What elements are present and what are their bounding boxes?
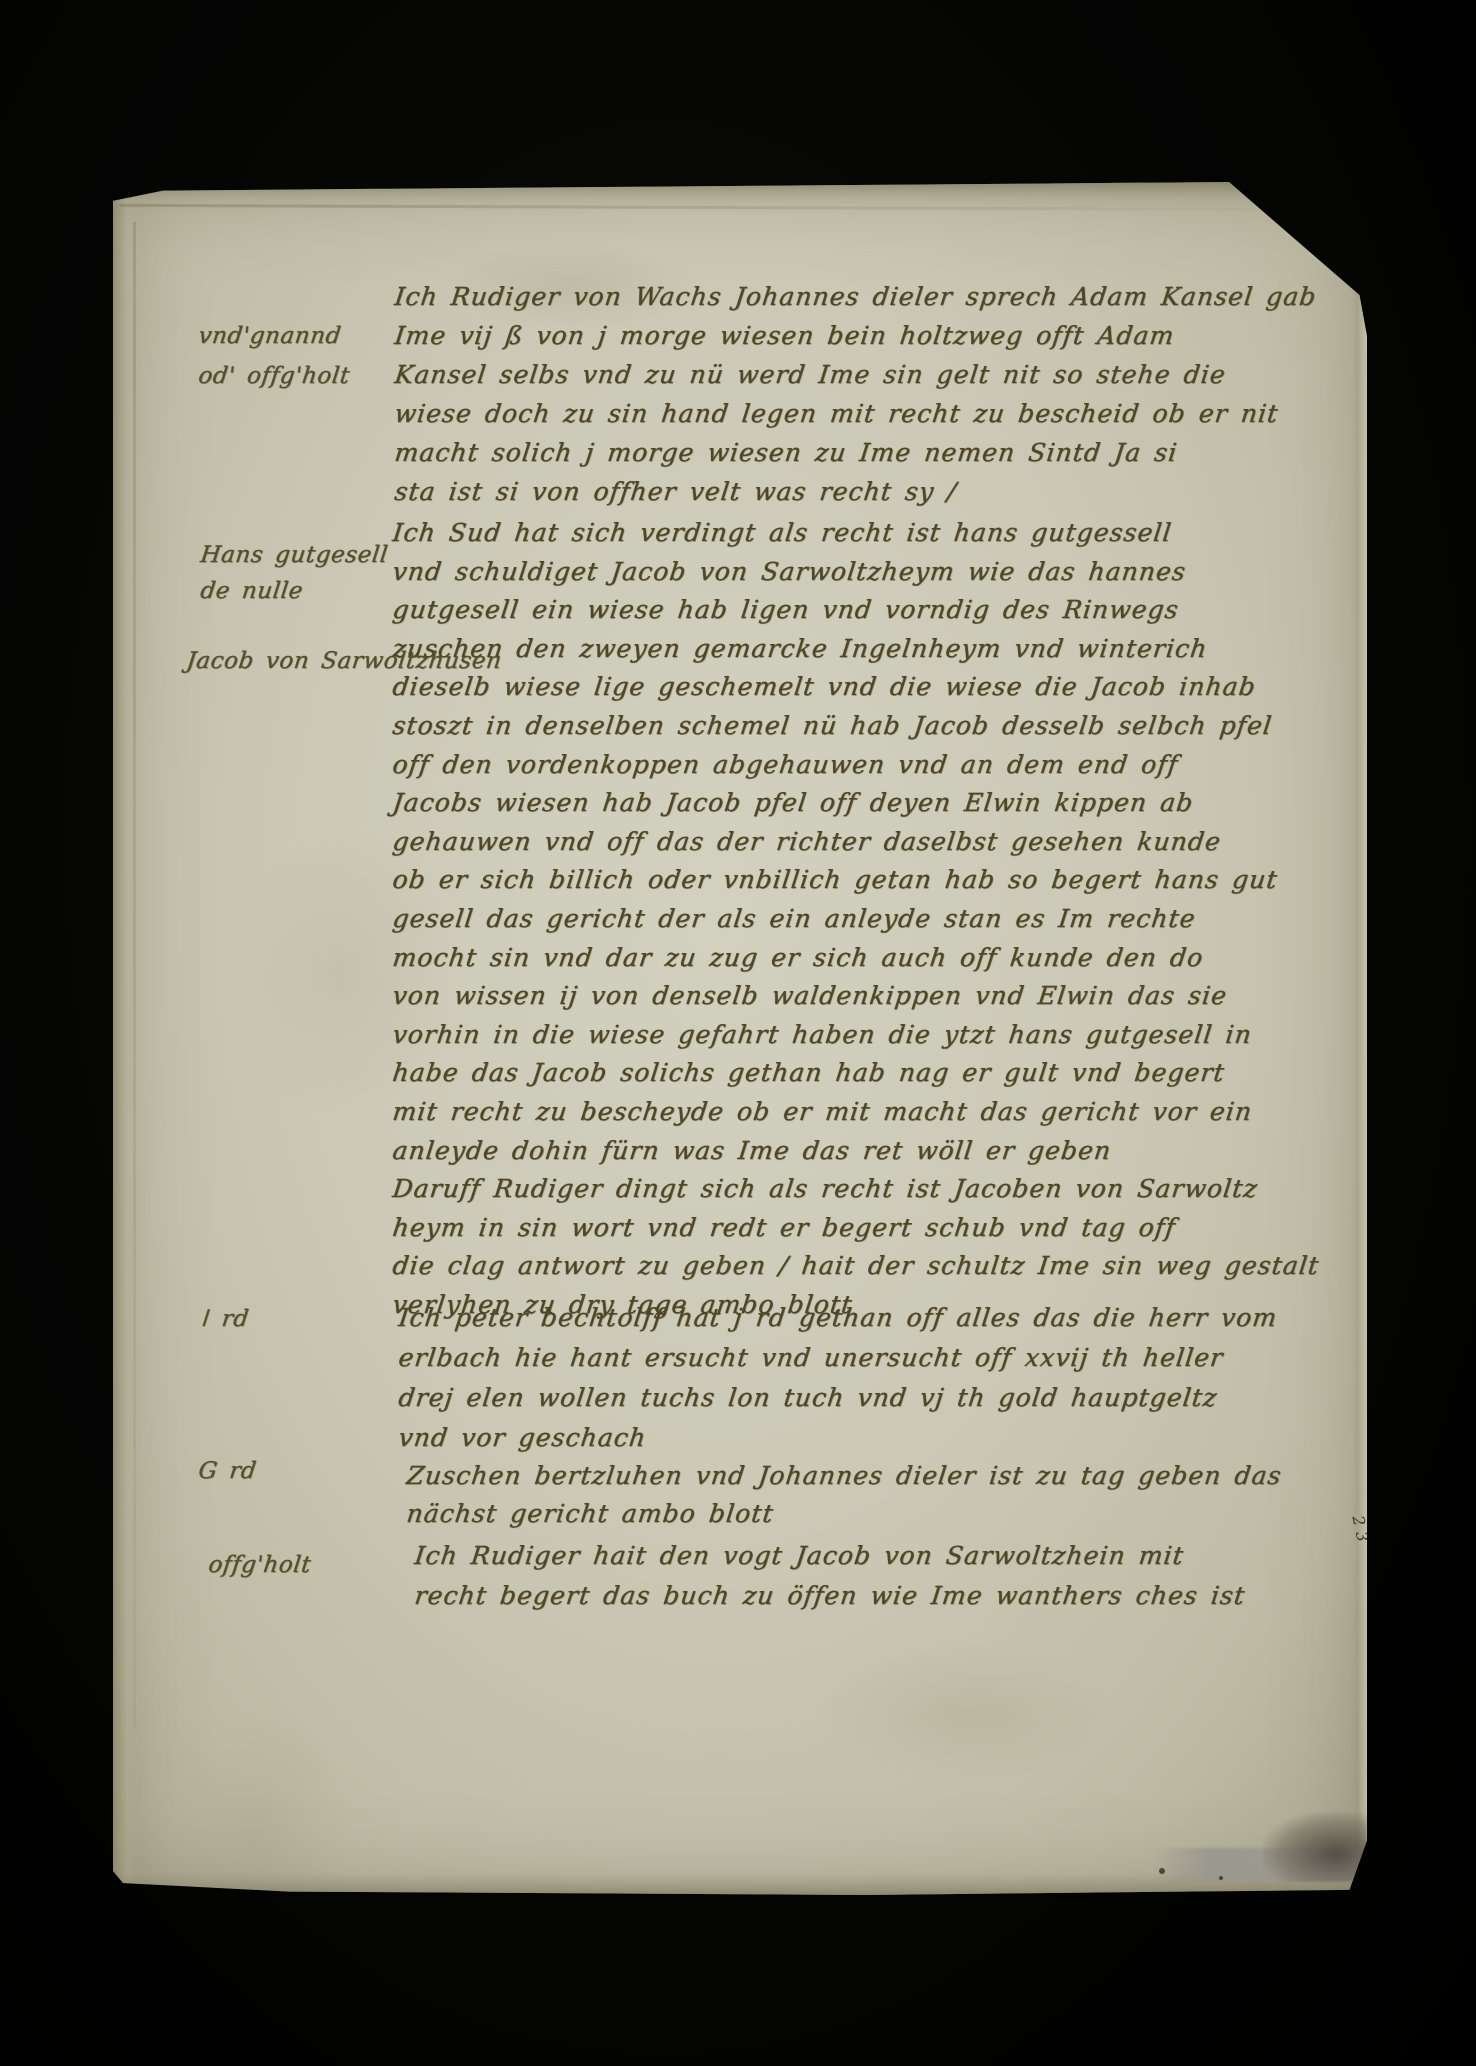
manuscript-line: gutgesell ein wiese hab ligen vnd vorndi… [391, 595, 1181, 624]
manuscript-line: vnd vor geschach [397, 1423, 648, 1452]
paper-stain [813, 1642, 1113, 1782]
paper-stain [173, 1712, 353, 1932]
margin-note-line: offg'holt [207, 1552, 313, 1578]
manuscript-line: vnd schuldiget Jacob von Sarwoltzheym wi… [391, 557, 1188, 586]
margin-note-line: vnd'gnannd [197, 323, 343, 349]
manuscript-line: nächst gericht ambo blott [405, 1499, 776, 1528]
manuscript-line: dieselb wiese lige geschemelt vnd die wi… [391, 672, 1258, 701]
manuscript-line: sta ist si von offher velt was recht sy … [393, 477, 959, 506]
photo-backdrop: 23 Ich Rudiger von Wachs Johannes dieler… [0, 0, 1476, 2066]
paper-crease-vertical [133, 222, 136, 1729]
manuscript-page: 23 Ich Rudiger von Wachs Johannes dieler… [113, 182, 1367, 1895]
margin-note-line: ǀ rd [201, 1306, 250, 1332]
manuscript-line: drej elen wollen tuchs lon tuch vnd vj t… [397, 1383, 1219, 1412]
page-fore-edge [1351, 182, 1367, 1895]
manuscript-line: mocht sin vnd dar zu zug er sich auch of… [391, 943, 1205, 972]
manuscript-line: zuschen den zweyen gemarcke Ingelnheym v… [391, 634, 1209, 663]
manuscript-line: die clag antwort zu geben / hait der sch… [391, 1251, 1321, 1280]
manuscript-line: anleyde dohin fürn was Ime das ret wöll … [391, 1136, 1113, 1165]
manuscript-line: habe das Jacob solichs gethan hab nag er… [391, 1058, 1227, 1087]
manuscript-line: stoszt in denselben schemel nü hab Jacob… [391, 711, 1274, 740]
manuscript-line: Ich Sud hat sich verdingt als recht ist … [391, 518, 1174, 547]
manuscript-line: heym in sin wort vnd redt er begert schu… [391, 1213, 1178, 1242]
margin-note-line: Jacob von Sarwoltzhusen [185, 648, 503, 674]
ink-speck [1159, 1868, 1165, 1874]
manuscript-line: gesell das gericht der als ein anleyde s… [391, 904, 1198, 933]
manuscript-line: ob er sich billich oder vnbillich getan … [391, 865, 1280, 894]
manuscript-line: gehauwen vnd off das der richter daselbs… [391, 827, 1223, 856]
manuscript-line: Ich peter bechtolff hat j rd gethan off … [397, 1303, 1279, 1332]
manuscript-line: mit recht zu bescheyde ob er mit macht d… [391, 1097, 1254, 1126]
page-damage-blotch [1263, 1812, 1367, 1882]
margin-note-line: G rd [197, 1458, 258, 1484]
manuscript-line: recht begert das buch zu öffen wie Ime w… [413, 1581, 1247, 1610]
manuscript-line: wiese doch zu sin hand legen mit recht z… [393, 399, 1280, 428]
manuscript-line: Ich Rudiger von Wachs Johannes dieler sp… [393, 282, 1318, 311]
manuscript-line: vorhin in die wiese gefahrt haben die yt… [391, 1020, 1254, 1049]
manuscript-line: Ime vij ß von j morge wiesen bein holtzw… [393, 321, 1176, 350]
manuscript-line: Ich Rudiger hait den vogt Jacob von Sarw… [413, 1541, 1186, 1570]
manuscript-line: Jacobs wiesen hab Jacob pfel off deyen E… [391, 788, 1195, 817]
manuscript-line: macht solich j morge wiesen zu Ime nemen… [393, 438, 1179, 467]
ink-speck [1219, 1876, 1223, 1880]
manuscript-line: Daruff Rudiger dingt sich als recht ist … [391, 1174, 1260, 1203]
manuscript-line: off den vordenkoppen abgehauwen vnd an d… [391, 750, 1180, 779]
manuscript-line: von wissen ij von denselb waldenkippen v… [391, 981, 1229, 1010]
margin-note-line: de nulle [199, 578, 305, 604]
margin-note-line: Hans gutgesell [199, 542, 390, 568]
manuscript-line: erlbach hie hant ersucht vnd unersucht o… [397, 1343, 1225, 1372]
manuscript-line: Kansel selbs vnd zu nü werd Ime sin gelt… [393, 360, 1228, 389]
manuscript-line: Zuschen bertzluhen vnd Johannes dieler i… [405, 1461, 1284, 1490]
margin-note-line: od' offg'holt [197, 363, 351, 389]
